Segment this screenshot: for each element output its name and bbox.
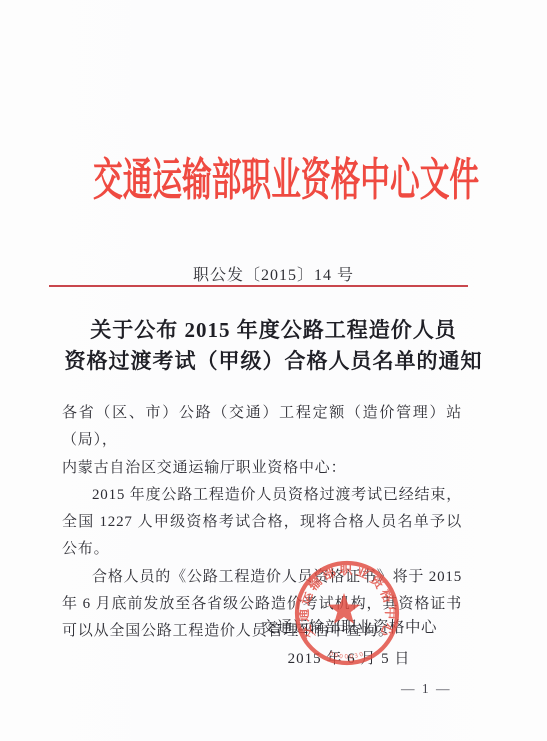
scanned-official-document: 交通运输部职业资格中心文件 职公发〔2015〕14 号 关于公布 2015 年度… bbox=[0, 0, 547, 741]
document-number: 职公发〔2015〕14 号 bbox=[0, 262, 547, 285]
document-title-line1: 关于公布 2015 年度公路工程造价人员 bbox=[0, 315, 547, 346]
agency-masthead: 交通运输部职业资格中心文件 bbox=[93, 143, 454, 208]
body-paragraph-1: 2015 年度公路工程造价人员资格过渡考试已经结束，全国 1227 人甲级资格考… bbox=[62, 482, 462, 564]
issuer-signature: 交通运输部职业资格中心 bbox=[258, 615, 440, 637]
document-title: 关于公布 2015 年度公路工程造价人员 资格过渡考试（甲级）合格人员名单的通知 bbox=[0, 315, 547, 377]
salutation-line2: 内蒙古自治区交通运输厅职业资格中心： bbox=[62, 455, 462, 482]
red-divider-rule bbox=[49, 285, 468, 287]
document-body: 各省（区、市）公路（交通）工程定额（造价管理）站（局）， 内蒙古自治区交通运输厅… bbox=[62, 400, 462, 646]
issue-date: 2015 年 6 月 5 日 bbox=[258, 647, 440, 668]
document-title-line2: 资格过渡考试（甲级）合格人员名单的通知 bbox=[0, 346, 547, 377]
closing-block: 交通运输部职业资格中心 2015 年 6 月 5 日 bbox=[258, 615, 440, 668]
salutation-line1: 各省（区、市）公路（交通）工程定额（造价管理）站（局）， bbox=[62, 400, 462, 455]
page-number: — 1 — bbox=[401, 681, 452, 697]
